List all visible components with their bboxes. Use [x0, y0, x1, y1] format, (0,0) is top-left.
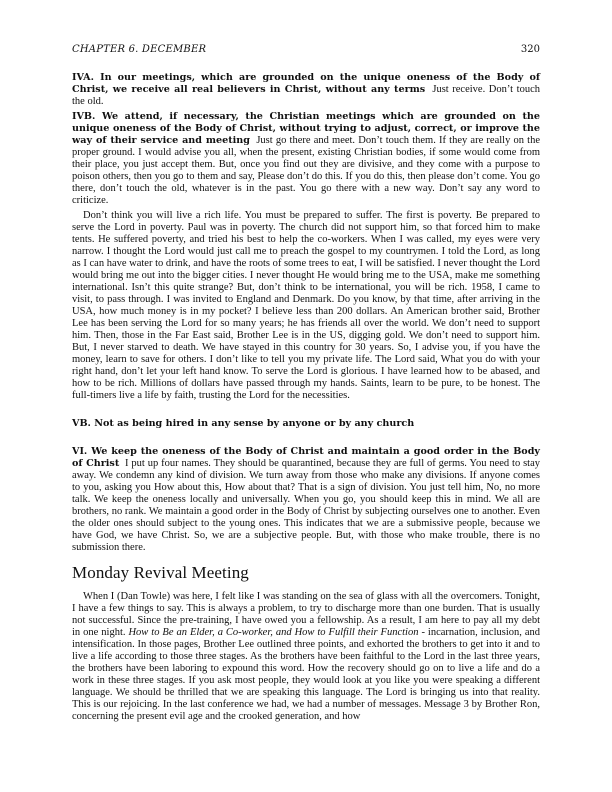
book-title: How to Be an Elder, a Co-worker, and How…: [128, 627, 418, 638]
point-iva: IVA. In our meetings, which are grounded…: [72, 72, 540, 108]
paragraph-text: Don’t think you will live a rich life. Y…: [72, 210, 540, 402]
chapter-title: CHAPTER 6. DECEMBER: [72, 44, 206, 55]
paragraph-revival: When I (Dan Towle) was here, I felt like…: [72, 591, 540, 723]
page-number: 320: [521, 44, 540, 55]
paragraph-poverty: Don’t think you will live a rich life. Y…: [72, 210, 540, 402]
running-header: CHAPTER 6. DECEMBER 320: [72, 44, 540, 56]
section-heading: Monday Revival Meeting: [72, 563, 249, 583]
point-ivb: IVB. We attend, if necessary, the Christ…: [72, 111, 540, 207]
point-vb: VB. Not as being hired in any sense by a…: [72, 418, 540, 430]
point-text: I put up four names. They should be quar…: [72, 458, 540, 553]
point-heading: VB. Not as being hired in any sense by a…: [72, 418, 414, 429]
point-vi: VI. We keep the oneness of the Body of C…: [72, 446, 540, 554]
paragraph-text-continued: - incarnation, inclusion, and intensific…: [72, 627, 540, 722]
